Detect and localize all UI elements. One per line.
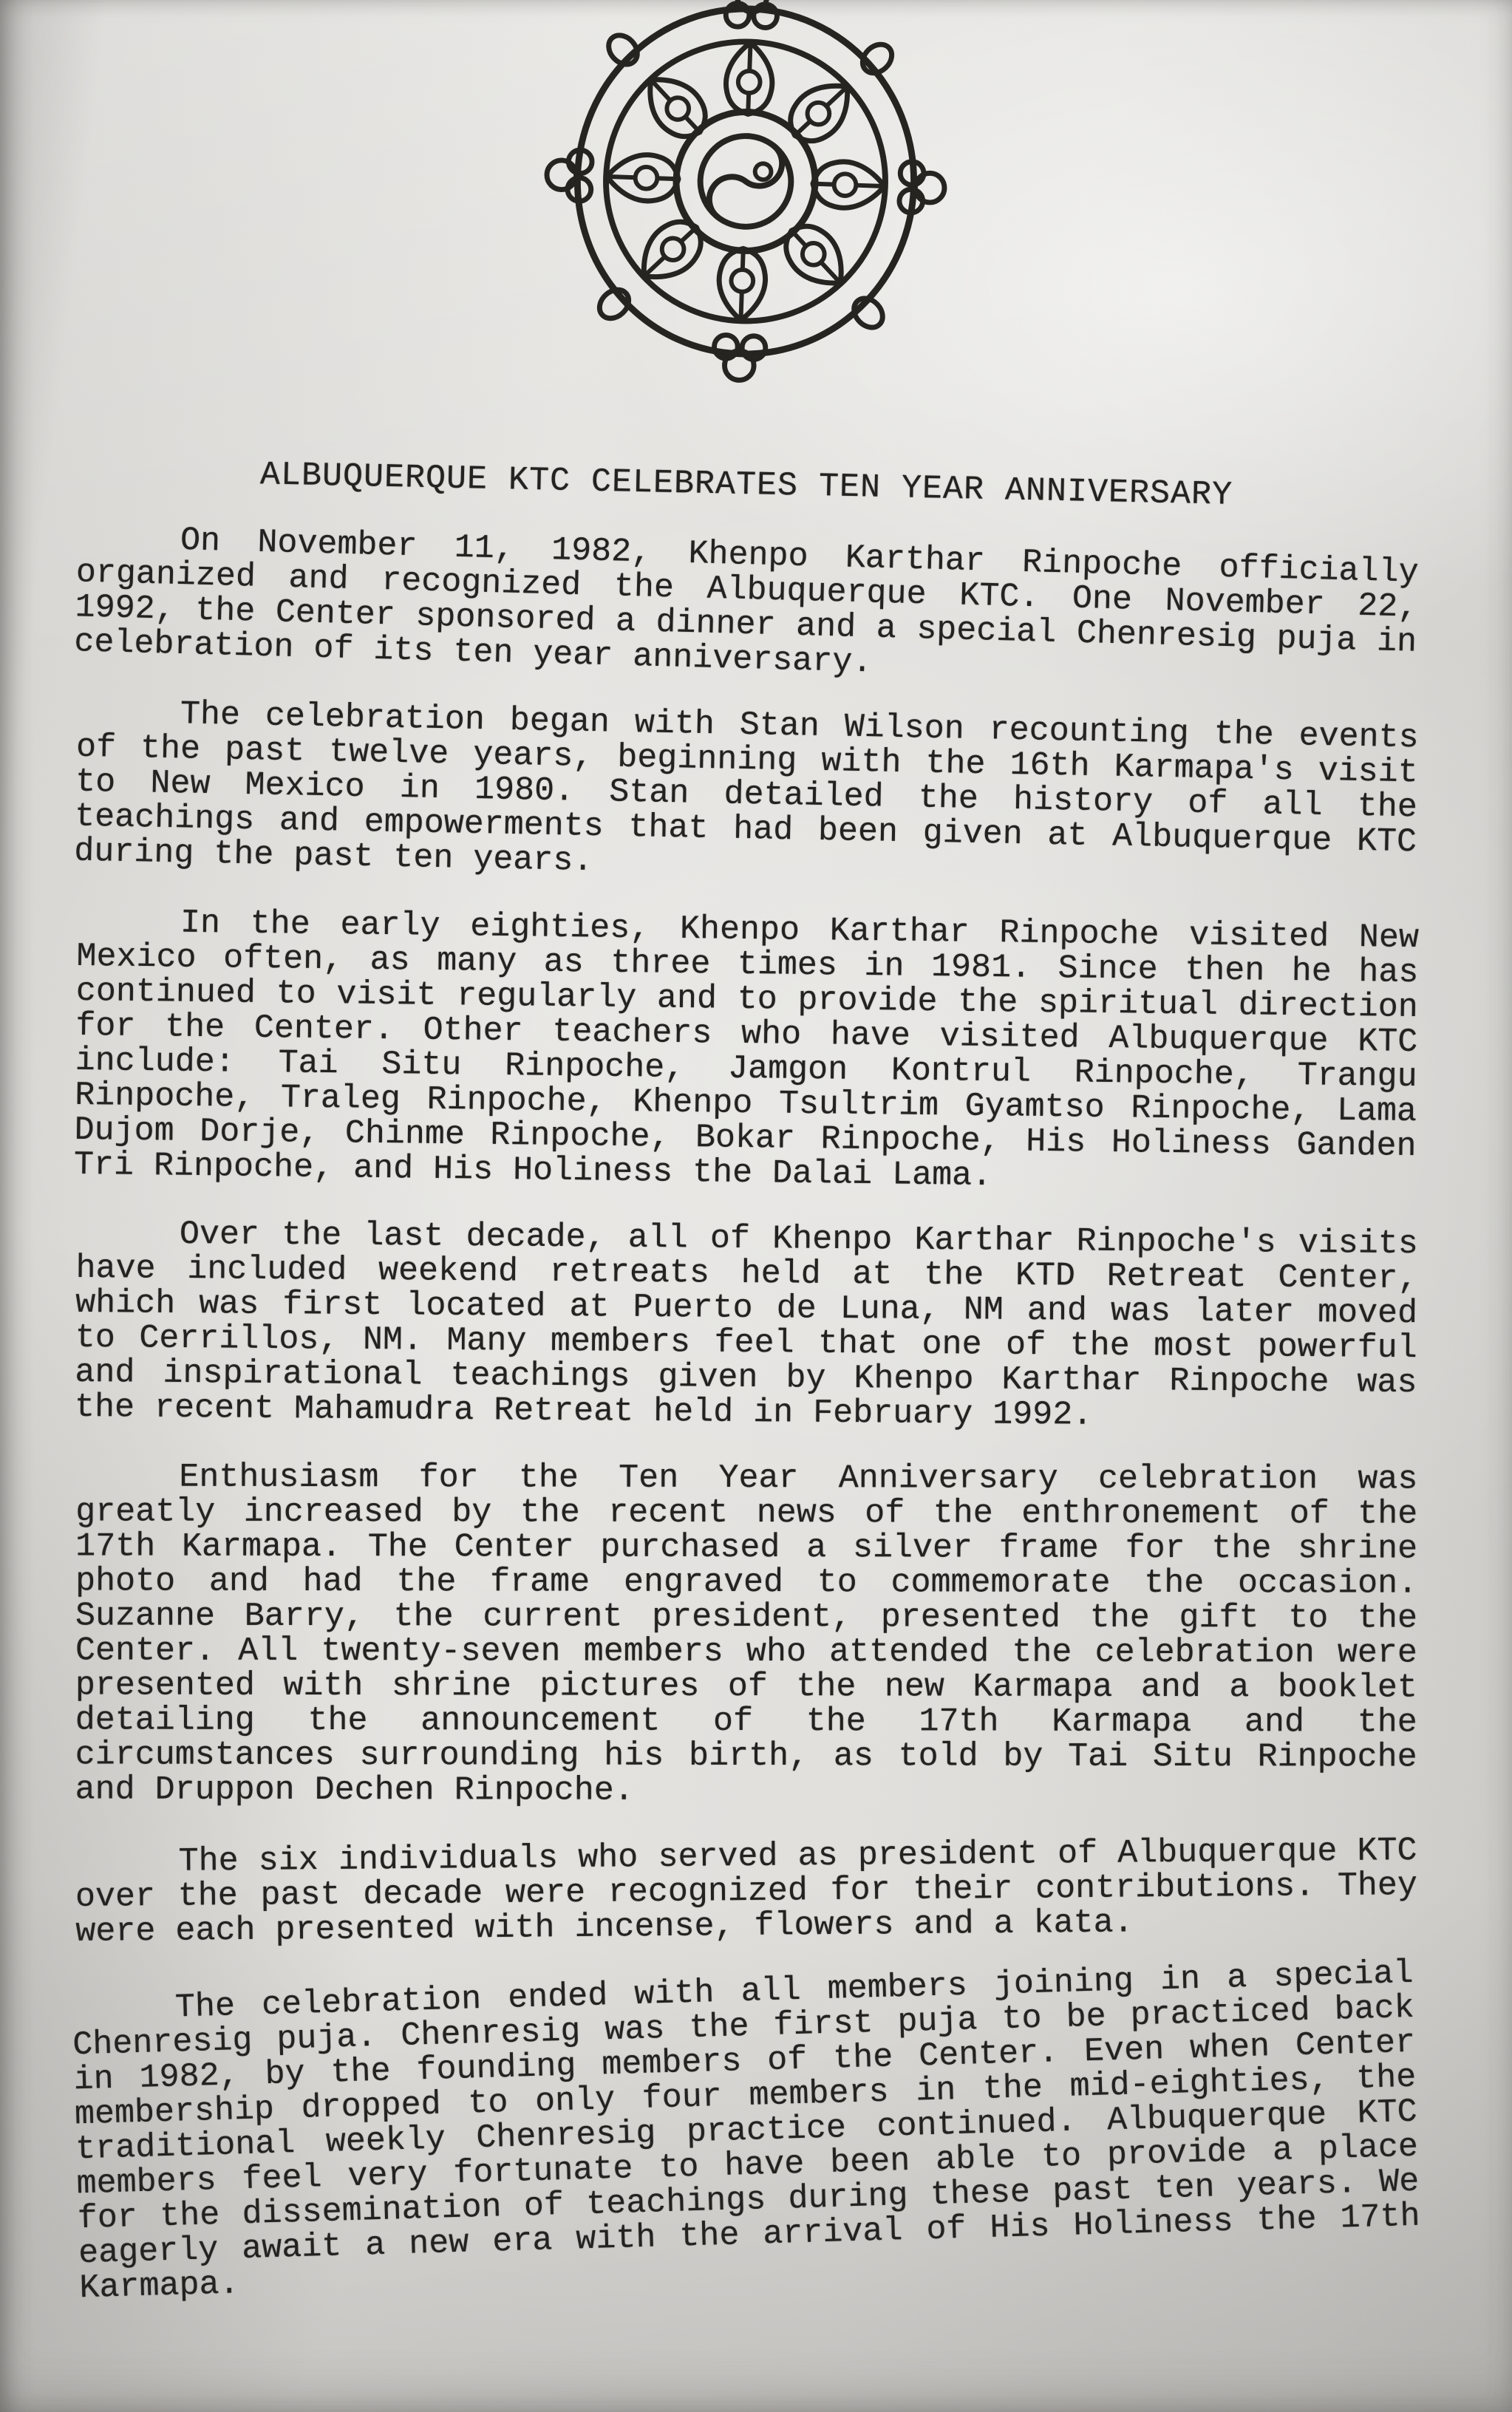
document-title: ALBUQUERQUE KTC CELEBRATES TEN YEAR ANNI…: [75, 452, 1418, 518]
paragraph-2: The celebration began with Stan Wilson r…: [74, 695, 1419, 895]
paragraph-7: The celebration ended with all members j…: [71, 1956, 1421, 2306]
paragraph-4: Over the last decade, all of Khenpo Kart…: [75, 1216, 1418, 1435]
scanned-page: ALBUQUERQUE KTC CELEBRATES TEN YEAR ANNI…: [0, 0, 1512, 2412]
dharma-wheel-icon: [539, 0, 953, 424]
paragraph-3: In the early eighties, Khenpo Karthar Ri…: [74, 904, 1419, 1199]
paragraph-6: The six individuals who served as presid…: [75, 1833, 1417, 1949]
paragraph-5: Enthusiasm for the Ten Year Anniversary …: [75, 1459, 1418, 1809]
document-body: ALBUQUERQUE KTC CELEBRATES TEN YEAR ANNI…: [0, 466, 1512, 2287]
paragraph-1: On November 11, 1982, Khenpo Karthar Rin…: [74, 520, 1419, 694]
emblem-container: [0, 0, 1502, 428]
